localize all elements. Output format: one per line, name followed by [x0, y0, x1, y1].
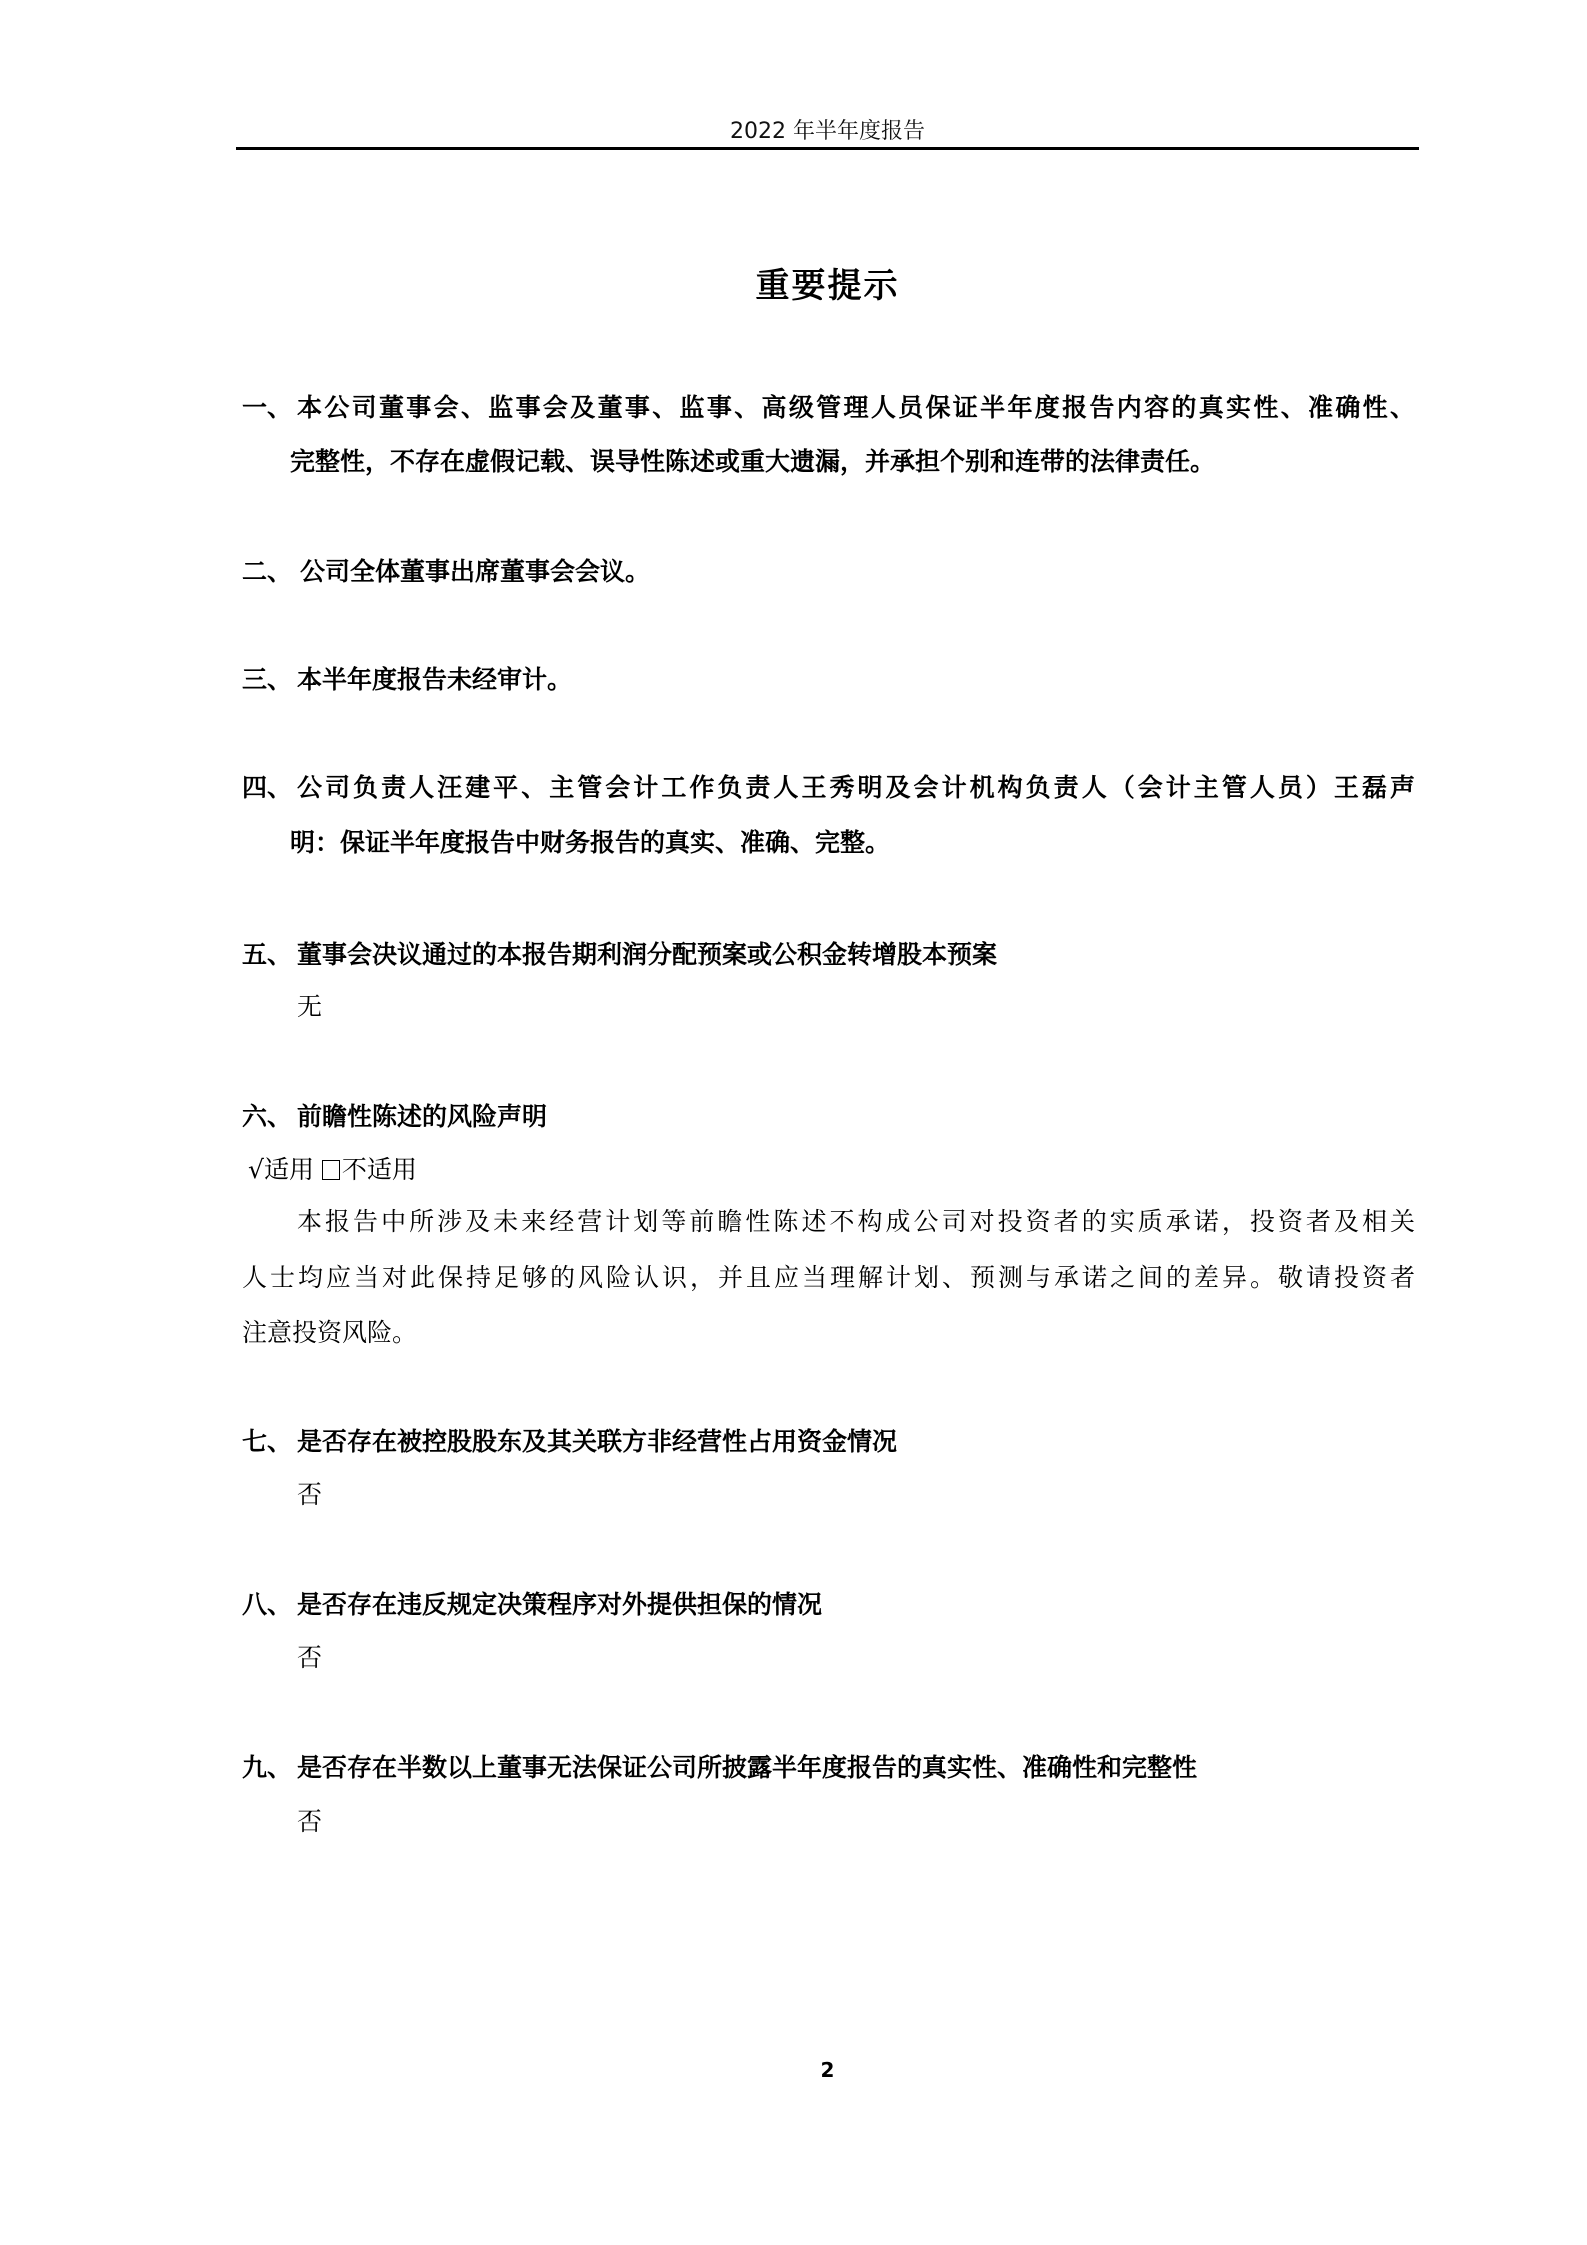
- section-4-heading-line-2: 明：保证半年度报告中财务报告的真实、准确、完整。: [290, 828, 890, 858]
- section-1-heading-line-2: 完整性，不存在虚假记载、误导性陈述或重大遗漏，并承担个别和连带的法律责任。: [290, 447, 1215, 477]
- section-3-heading: 本半年度报告未经审计。: [297, 665, 572, 695]
- risk-paragraph-line-3: 注意投资风险。: [242, 1318, 417, 1348]
- running-header: 2022 年半年度报告: [236, 118, 1419, 146]
- applicable-label: 适用: [264, 1155, 314, 1184]
- header-divider: [236, 147, 1419, 150]
- not-applicable-label: 不适用: [342, 1155, 417, 1184]
- empty-checkbox-icon: [322, 1160, 340, 1180]
- section-9-answer: 否: [297, 1807, 322, 1837]
- section-7-answer: 否: [297, 1480, 322, 1510]
- section-6-number: 六、: [242, 1102, 292, 1132]
- section-5-answer: 无: [297, 992, 322, 1022]
- section-2-heading: 公司全体董事出席董事会会议。: [300, 557, 650, 587]
- document-page: 2022 年半年度报告 重要提示 一、 本公司董事会、监事会及董事、监事、高级管…: [0, 0, 1587, 2245]
- section-7-heading: 是否存在被控股股东及其关联方非经营性占用资金情况: [297, 1427, 897, 1457]
- section-8-heading: 是否存在违反规定决策程序对外提供担保的情况: [297, 1590, 822, 1620]
- section-2-number: 二、: [242, 557, 292, 587]
- applicability-row: √适用 不适用: [248, 1155, 417, 1185]
- page-title: 重要提示: [236, 264, 1419, 308]
- section-9-number: 九、: [242, 1753, 292, 1783]
- section-7-number: 七、: [242, 1427, 292, 1457]
- section-8-answer: 否: [297, 1643, 322, 1673]
- section-1-heading-line-1: 本公司董事会、监事会及董事、监事、高级管理人员保证半年度报告内容的真实性、准确性…: [297, 393, 1415, 423]
- section-4-heading-line-1: 公司负责人汪建平、主管会计工作负责人王秀明及会计机构负责人（会计主管人员）王磊声: [297, 773, 1415, 803]
- section-1-number: 一、: [242, 393, 292, 423]
- page-number: 2: [236, 2057, 1419, 2083]
- check-mark-icon: √: [248, 1155, 264, 1184]
- section-5-heading: 董事会决议通过的本报告期利润分配预案或公积金转增股本预案: [297, 940, 997, 970]
- risk-paragraph-line-2: 人士均应当对此保持足够的风险认识，并且应当理解计划、预测与承诺之间的差异。敬请投…: [242, 1263, 1415, 1293]
- section-6-heading: 前瞻性陈述的风险声明: [297, 1102, 547, 1132]
- section-9-heading: 是否存在半数以上董事无法保证公司所披露半年度报告的真实性、准确性和完整性: [297, 1753, 1197, 1783]
- section-3-number: 三、: [242, 665, 292, 695]
- risk-paragraph-line-1: 本报告中所涉及未来经营计划等前瞻性陈述不构成公司对投资者的实质承诺，投资者及相关: [297, 1207, 1415, 1237]
- section-5-number: 五、: [242, 940, 292, 970]
- section-8-number: 八、: [242, 1590, 292, 1620]
- section-4-number: 四、: [242, 773, 292, 803]
